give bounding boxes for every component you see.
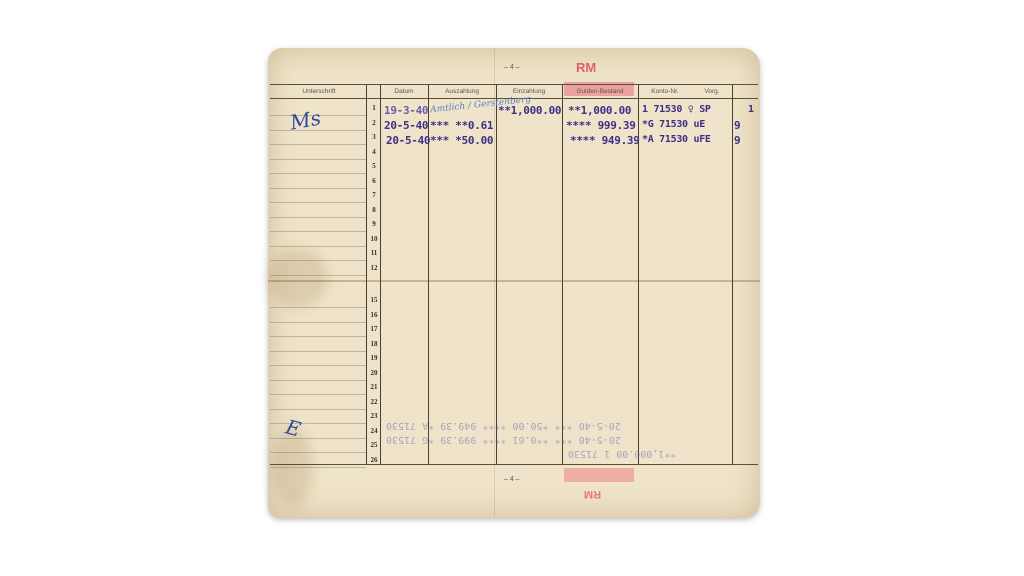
entry-2-konto: *G 71530 uE (642, 119, 705, 130)
row-number: 1 (368, 104, 380, 112)
entry-3-konto: *A 71530 uFE (642, 134, 711, 145)
ruled-line (270, 423, 366, 424)
ruled-line (270, 307, 366, 308)
ruled-line (270, 159, 366, 160)
ruled-line (270, 275, 366, 276)
ruled-line (270, 351, 366, 352)
entry-2-datum: 20-5-40 (384, 119, 428, 132)
entry-3-vorg: 9 (734, 134, 740, 147)
currency-stamp-bottom-bar (564, 468, 634, 482)
header-auszahlung: Auszahlung (428, 88, 496, 95)
row-number: 20 (368, 369, 380, 377)
row-number: 19 (368, 354, 380, 362)
row-number: 26 (368, 456, 380, 464)
row-number: 16 (368, 311, 380, 319)
ruled-line (270, 202, 366, 203)
entry-1-datum: 19-3-40 (384, 104, 428, 117)
entry-1-vorg: 1 (748, 104, 754, 115)
ruled-line (270, 322, 366, 323)
row-number: 8 (368, 206, 380, 214)
col-divider (366, 84, 367, 464)
col-divider (732, 84, 733, 464)
row-number: 7 (368, 191, 380, 199)
row-number: 5 (368, 162, 380, 170)
ruled-line (270, 173, 366, 174)
ruled-line (270, 144, 366, 145)
entry-3-datum: 20-5-40 (386, 134, 430, 147)
header-top-line (270, 84, 758, 85)
ruled-line (270, 260, 366, 261)
row-number: 24 (368, 427, 380, 435)
ruled-line (270, 394, 366, 395)
horizontal-fold (268, 280, 760, 282)
header-unterschrift: Unterschrift (272, 88, 366, 95)
row-number: 23 (368, 412, 380, 420)
table-bottom-line (270, 464, 758, 465)
row-number: 2 (368, 119, 380, 127)
ruled-line (270, 336, 366, 337)
row-number: 21 (368, 383, 380, 391)
row-number: 12 (368, 264, 380, 272)
ruled-line (270, 409, 366, 410)
entry-2-bestand: **** 999.39 (566, 119, 636, 132)
entry-1-bestand: **1,000.00 (568, 104, 631, 117)
header-konto-nr: Konto-Nr. (640, 88, 690, 95)
ruled-line (270, 188, 366, 189)
page-number-bottom: – 4 – (504, 476, 520, 483)
entry-2-auszahlung: *** **0.61 (430, 119, 493, 132)
entry-3-auszahlung: *** *50.00 (430, 134, 493, 147)
mirror-imprint-1: 20-5-40 *** *50.00 **** 949.39 *A 71530 (386, 420, 621, 431)
ruled-line (270, 217, 366, 218)
entry-1-einzahlung: **1,000.00 (498, 104, 561, 117)
row-number: 9 (368, 220, 380, 228)
ruled-line (270, 246, 366, 247)
row-number: 15 (368, 296, 380, 304)
entry-2-vorg: 9 (734, 119, 740, 132)
header-vorg: Vorg. (692, 88, 732, 95)
vertical-fold (494, 48, 495, 518)
ruled-line (270, 231, 366, 232)
currency-stamp-mirrored: RM (584, 488, 601, 500)
ruled-line (270, 380, 366, 381)
currency-stamp: RM (576, 60, 596, 75)
ruled-line (270, 365, 366, 366)
row-number: 11 (368, 249, 380, 257)
col-divider (496, 84, 497, 464)
row-number: 6 (368, 177, 380, 185)
passbook-page: – 4 – RM Unterschrift Datum Auszahlung E… (268, 48, 760, 518)
header-datum: Datum (380, 88, 428, 95)
ruled-line (270, 467, 366, 468)
entry-1-konto: 1 71530 ♀ SP (642, 104, 711, 115)
col-divider (562, 84, 563, 464)
col-divider (380, 84, 381, 464)
row-number: 25 (368, 441, 380, 449)
row-number: 17 (368, 325, 380, 333)
row-number: 22 (368, 398, 380, 406)
entry-3-bestand: **** 949.39 (570, 134, 640, 147)
ruled-line (270, 452, 366, 453)
row-number: 4 (368, 148, 380, 156)
row-number: 3 (368, 133, 380, 141)
header-gulden-bestand: Gulden-Bestand (562, 88, 638, 95)
row-number: 18 (368, 340, 380, 348)
mirror-imprint-2: 20-5-40 *** **0.61 **** 999.39 *G 71530 (386, 434, 621, 445)
page-number-top: – 4 – (504, 64, 520, 71)
row-number: 10 (368, 235, 380, 243)
mirror-imprint-3: **1,000.00 1 71530 (568, 448, 676, 459)
